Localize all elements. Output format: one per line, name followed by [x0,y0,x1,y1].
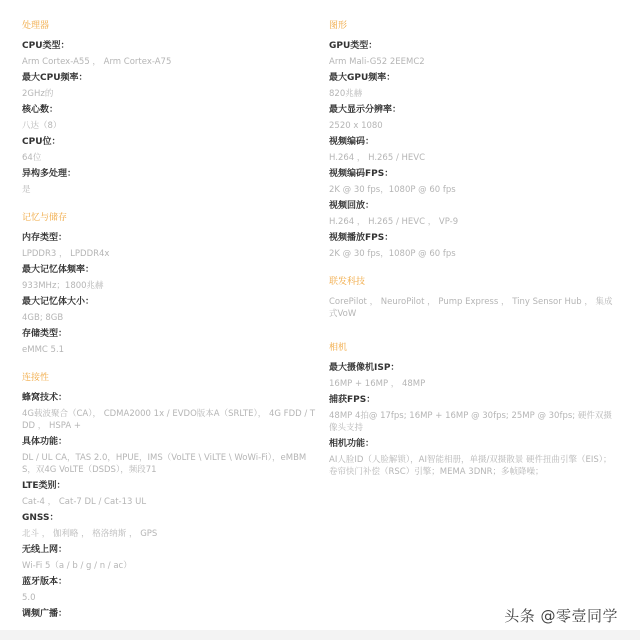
section-title-processor: 处理器 [22,20,318,32]
spec-value: H.264 ， H.265 / HEVC [329,152,619,164]
spec-video-encode-fps: 视频编码FPS： 2K @ 30 fps，1080P @ 60 fps [329,168,619,196]
spec-value: 2GHz的 [22,88,318,100]
spec-label: 视频编码FPS： [329,168,619,180]
spec-label: GNSS： [22,512,318,524]
spec-label: LTE类别： [22,480,318,492]
spec-value: 八达（8） [22,120,318,132]
spec-max-camera-isp: 最大摄像机ISP： 16MP + 16MP ， 48MP [329,362,619,390]
spec-fm-radio: 调频广播： [22,608,318,620]
spec-storage-type: 存储类型： eMMC 5.1 [22,328,318,356]
spec-value: Arm Cortex-A55 ， Arm Cortex-A75 [22,56,318,68]
spec-gpu-type: GPU类型： Arm Mali-G52 2EEMC2 [329,40,619,68]
spec-value: 2K @ 30 fps，1080P @ 60 fps [329,248,619,260]
spec-lte-category: LTE类别： Cat-4 ， Cat-7 DL / Cat-13 UL [22,480,318,508]
bottom-bar [0,630,640,640]
spec-label: 最大记忆体大小： [22,296,318,308]
spec-label: 捕获FPS： [329,394,619,406]
spec-value: 64位 [22,152,318,164]
spec-label: 内存类型： [22,232,318,244]
spec-wifi: 无线上网： Wi-Fi 5（a / b / g / n / ac） [22,544,318,572]
spec-cpu-type: CPU类型： Arm Cortex-A55 ， Arm Cortex-A75 [22,40,318,68]
spec-label: 存储类型： [22,328,318,340]
spec-label: 相机功能： [329,438,619,450]
mediatek-tech-list: CorePilot ， NeuroPilot ， Pump Express ， … [329,296,619,320]
spec-label: 视频播放FPS： [329,232,619,244]
spec-label: 视频回放： [329,200,619,212]
spec-value: 820兆赫 [329,88,619,100]
spec-cores: 核心数： 八达（8） [22,104,318,132]
spec-capture-fps: 捕获FPS： 48MP 4拍@ 17fps; 16MP + 16MP @ 30f… [329,394,619,434]
spec-label: 核心数： [22,104,318,116]
section-memory: 记忆与储存 内存类型： LPDDR3 ， LPDDR4x 最大记忆体频率： 93… [22,212,318,356]
spec-bluetooth: 蓝牙版本： 5.0 [22,576,318,604]
spec-value: 16MP + 16MP ， 48MP [329,378,619,390]
section-camera: 相机 最大摄像机ISP： 16MP + 16MP ， 48MP 捕获FPS： 4… [329,342,619,478]
spec-cpu-bits: CPU位： 64位 [22,136,318,164]
spec-memory-freq: 最大记忆体频率： 933MHz；1800兆赫 [22,264,318,292]
spec-value: AI人脸ID（人脸解锁），AI智能相册，单摄/双摄散景 硬件扭曲引擎（EIS）；… [329,454,619,478]
section-title-mediatek: 联发科技 [329,276,619,288]
spec-label: 异构多处理： [22,168,318,180]
spec-max-gpu-freq: 最大GPU频率： 820兆赫 [329,72,619,100]
spec-label: 最大摄像机ISP： [329,362,619,374]
spec-value: DL / UL CA，TAS 2.0，HPUE，IMS（VoLTE \ ViLT… [22,452,318,476]
spec-value: 4GB; 8GB [22,312,318,324]
section-title-camera: 相机 [329,342,619,354]
spec-label: 无线上网： [22,544,318,556]
section-title-graphics: 图形 [329,20,619,32]
spec-label: GPU类型： [329,40,619,52]
spec-label: 最大CPU频率： [22,72,318,84]
spec-video-encode: 视频编码： H.264 ， H.265 / HEVC [329,136,619,164]
spec-label: CPU位： [22,136,318,148]
spec-max-cpu-freq: 最大CPU频率： 2GHz的 [22,72,318,100]
spec-value: 5.0 [22,592,318,604]
spec-label: 最大显示分辨率： [329,104,619,116]
section-mediatek: 联发科技 CorePilot ， NeuroPilot ， Pump Expre… [329,276,619,320]
section-graphics: 图形 GPU类型： Arm Mali-G52 2EEMC2 最大GPU频率： 8… [329,20,619,260]
left-column: 处理器 CPU类型： Arm Cortex-A55 ， Arm Cortex-A… [22,20,318,624]
spec-value: 933MHz；1800兆赫 [22,280,318,292]
spec-value: Wi-Fi 5（a / b / g / n / ac） [22,560,318,572]
spec-value: 2K @ 30 fps，1080P @ 60 fps [329,184,619,196]
spec-label: 视频编码： [329,136,619,148]
watermark: 头条 @零壹同学 [504,605,618,626]
section-processor: 处理器 CPU类型： Arm Cortex-A55 ， Arm Cortex-A… [22,20,318,196]
spec-value: LPDDR3 ， LPDDR4x [22,248,318,260]
spec-video-playback-fps: 视频播放FPS： 2K @ 30 fps，1080P @ 60 fps [329,232,619,260]
spec-max-resolution: 最大显示分辨率： 2520 x 1080 [329,104,619,132]
spec-memory-size: 最大记忆体大小： 4GB; 8GB [22,296,318,324]
spec-video-playback: 视频回放： H.264 ， H.265 / HEVC ， VP-9 [329,200,619,228]
spec-value: H.264 ， H.265 / HEVC ， VP-9 [329,216,619,228]
spec-camera-features: 相机功能： AI人脸ID（人脸解锁），AI智能相册，单摄/双摄散景 硬件扭曲引擎… [329,438,619,478]
spec-value: eMMC 5.1 [22,344,318,356]
spec-cellular: 蜂窝技术： 4G载波聚合（CA）， CDMA2000 1x / EVDO版本A（… [22,392,318,432]
spec-memory-type: 内存类型： LPDDR3 ， LPDDR4x [22,232,318,260]
spec-label: 最大记忆体频率： [22,264,318,276]
spec-label: CPU类型： [22,40,318,52]
spec-label: 蓝牙版本： [22,576,318,588]
spec-features: 具体功能： DL / UL CA，TAS 2.0，HPUE，IMS（VoLTE … [22,436,318,476]
spec-value: 2520 x 1080 [329,120,619,132]
section-title-memory: 记忆与储存 [22,212,318,224]
spec-gnss: GNSS： 北斗 ， 伽利略 ， 格洛纳斯 ， GPS [22,512,318,540]
right-column: 图形 GPU类型： Arm Mali-G52 2EEMC2 最大GPU频率： 8… [329,20,619,482]
spec-label: 蜂窝技术： [22,392,318,404]
spec-value: 48MP 4拍@ 17fps; 16MP + 16MP @ 30fps; 25M… [329,410,619,434]
spec-value: Arm Mali-G52 2EEMC2 [329,56,619,68]
section-connectivity: 连接性 蜂窝技术： 4G载波聚合（CA）， CDMA2000 1x / EVDO… [22,372,318,620]
spec-hmp: 异构多处理： 是 [22,168,318,196]
spec-value: 北斗 ， 伽利略 ， 格洛纳斯 ， GPS [22,528,318,540]
spec-value: 是 [22,184,318,196]
spec-label: 具体功能： [22,436,318,448]
section-title-connectivity: 连接性 [22,372,318,384]
spec-value: 4G载波聚合（CA）， CDMA2000 1x / EVDO版本A（SRLTE）… [22,408,318,432]
spec-label: 最大GPU频率： [329,72,619,84]
spec-label: 调频广播： [22,608,318,620]
spec-value: Cat-4 ， Cat-7 DL / Cat-13 UL [22,496,318,508]
